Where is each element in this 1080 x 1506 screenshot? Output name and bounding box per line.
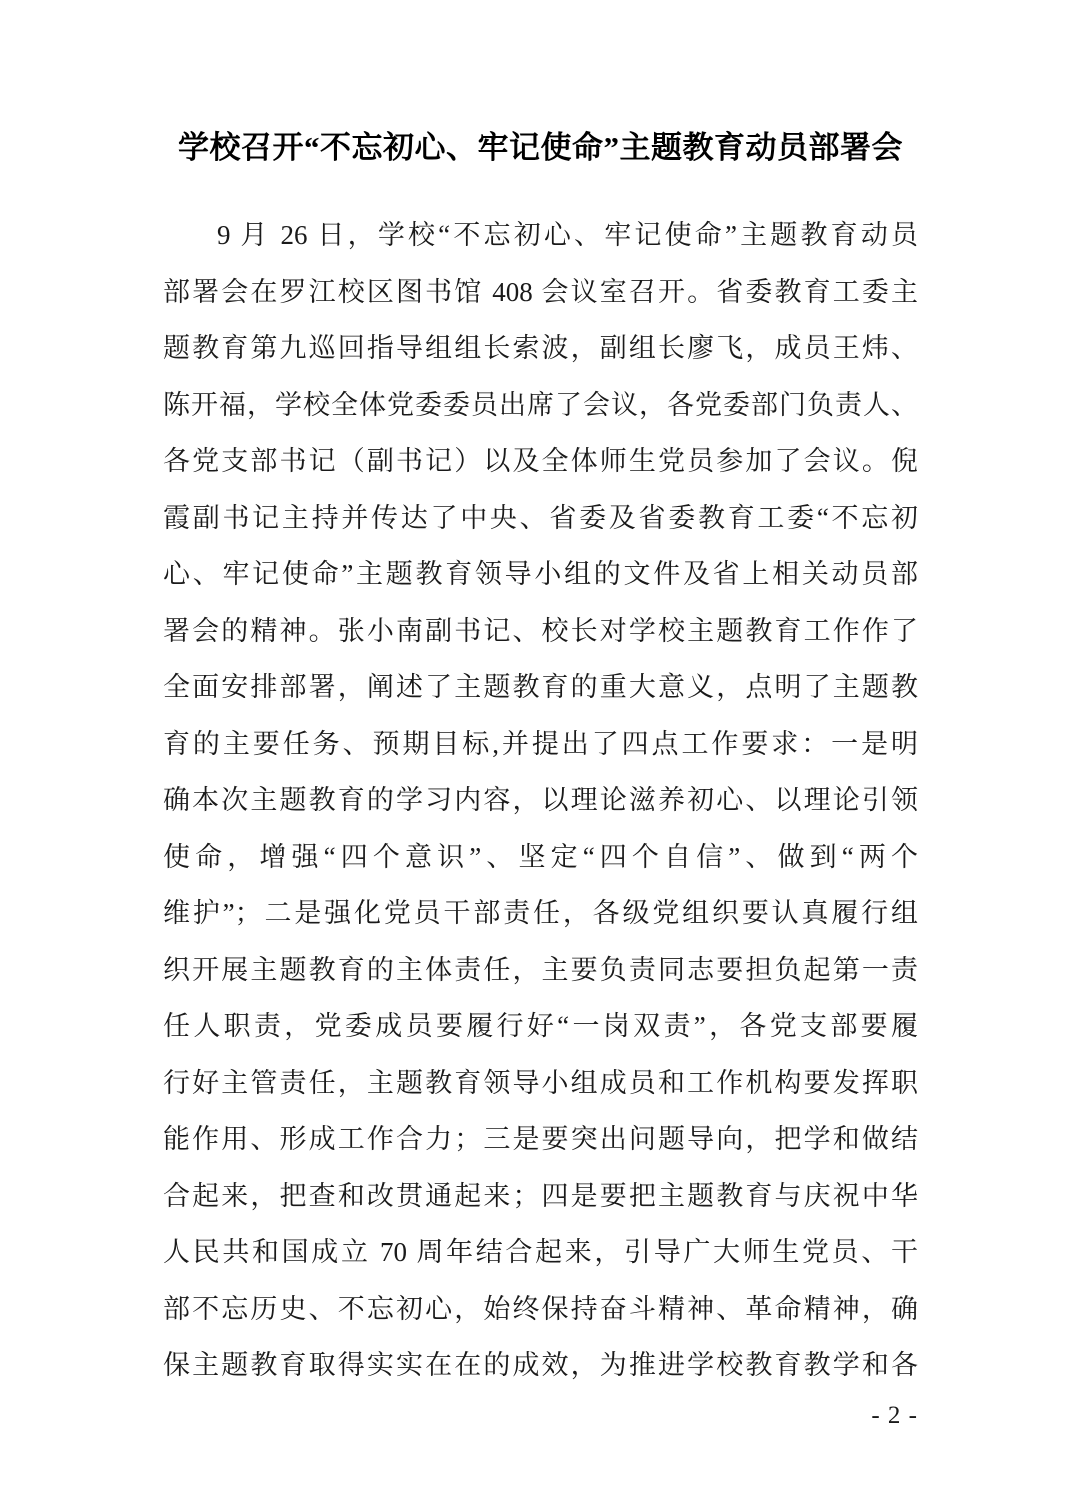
body-line: 保主题教育取得实实在在的成效，为推进学校教育教学和各 (163, 1337, 918, 1394)
body-line: 育的主要任务、预期目标,并提出了四点工作要求：一是明 (163, 716, 918, 773)
page-number: - 2 - (871, 1402, 918, 1430)
body-line: 心、牢记使命”主题教育领导小组的文件及省上相关动员部 (163, 546, 918, 603)
body-line: 霞副书记主持并传达了中央、省委及省委教育工委“不忘初 (163, 490, 918, 547)
body-line: 任人职责，党委成员要履行好“一岗双责”，各党支部要履 (163, 998, 918, 1055)
body-line: 确本次主题教育的学习内容，以理论滋养初心、以理论引领 (163, 772, 918, 829)
body-line: 维护”；二是强化党员干部责任，各级党组织要认真履行组 (163, 885, 918, 942)
body-line: 合起来，把查和改贯通起来；四是要把主题教育与庆祝中华 (163, 1168, 918, 1225)
body-line: 各党支部书记（副书记）以及全体师生党员参加了会议。倪 (163, 433, 918, 490)
body-line: 人民共和国成立 70 周年结合起来，引导广大师生党员、干 (163, 1224, 918, 1281)
body-line: 使命，增强“四个意识”、坚定“四个自信”、做到“两个 (163, 829, 918, 886)
body-line: 部署会在罗江校区图书馆 408 会议室召开。省委教育工委主 (163, 264, 918, 321)
body-line: 9 月 26 日，学校“不忘初心、牢记使命”主题教育动员 (163, 207, 918, 264)
document-title: 学校召开“不忘初心、牢记使命”主题教育动员部署会 (163, 128, 918, 168)
document-page: 学校召开“不忘初心、牢记使命”主题教育动员部署会 9 月 26 日，学校“不忘初… (0, 0, 1080, 1506)
body-line: 题教育第九巡回指导组组长索波，副组长廖飞，成员王炜、 (163, 320, 918, 377)
body-line: 织开展主题教育的主体责任，主要负责同志要担负起第一责 (163, 942, 918, 999)
body-line: 署会的精神。张小南副书记、校长对学校主题教育工作作了 (163, 603, 918, 660)
body-text: 9 月 26 日，学校“不忘初心、牢记使命”主题教育动员部署会在罗江校区图书馆 … (163, 207, 918, 1394)
body-line: 陈开福，学校全体党委委员出席了会议，各党委部门负责人、 (163, 377, 918, 434)
body-line: 行好主管责任，主题教育领导小组成员和工作机构要发挥职 (163, 1055, 918, 1112)
body-line: 全面安排部署，阐述了主题教育的重大意义，点明了主题教 (163, 659, 918, 716)
body-line: 能作用、形成工作合力；三是要突出问题导向，把学和做结 (163, 1111, 918, 1168)
body-line: 部不忘历史、不忘初心，始终保持奋斗精神、革命精神，确 (163, 1281, 918, 1338)
